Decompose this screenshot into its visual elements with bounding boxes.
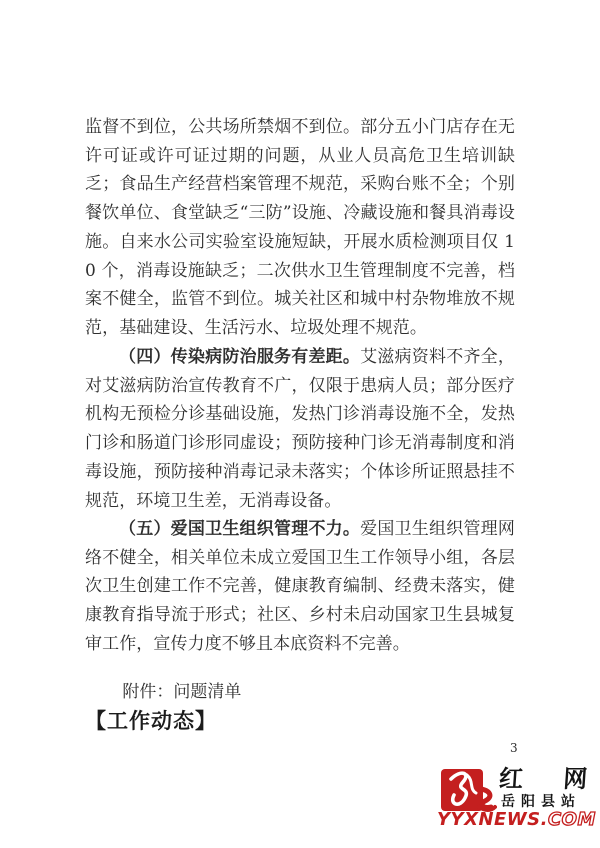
- site-logo: 红 网 岳阳县站 YYXNEWS.COM: [437, 763, 593, 835]
- logo-branch-name: 岳阳县站: [501, 794, 581, 810]
- paragraph-text: 监督不到位，公共场所禁烟不到位。部分五小门店存在无许可证或许可证过期的问题，从业…: [85, 117, 515, 338]
- paragraph-bold-lead: （五）爱国卫生组织管理不力。: [119, 519, 360, 539]
- document-page: 监督不到位，公共场所禁烟不到位。部分五小门店存在无许可证或许可证过期的问题，从业…: [0, 0, 600, 848]
- paragraph-bold-lead: （四）传染病防治服务有差距。: [119, 347, 360, 367]
- paragraph-text: 爱国卫生组织管理网络不健全，相关单位未成立爱国卫生工作领导小组，各层次卫生创建工…: [85, 519, 515, 654]
- paragraph: （五）爱国卫生组织管理不力。爱国卫生组织管理网络不健全，相关单位未成立爱国卫生工…: [85, 515, 515, 659]
- paragraph: 监督不到位，公共场所禁烟不到位。部分五小门店存在无许可证或许可证过期的问题，从业…: [85, 113, 515, 343]
- paragraph-text: 艾滋病资料不齐全，对艾滋病防治宣传教育不广，仅限于患病人员；部分医疗机构无预检分…: [85, 347, 515, 511]
- page-number: 3: [510, 741, 518, 755]
- logo-site-name: 红 网: [498, 766, 592, 792]
- logo-site-url: YYXNEWS.COM: [437, 810, 596, 830]
- paragraph: （四）传染病防治服务有差距。艾滋病资料不齐全，对艾滋病防治宣传教育不广，仅限于患…: [85, 343, 515, 515]
- logo-url-tld: COM: [548, 809, 596, 830]
- logo-url-main: YYXNEWS.: [437, 809, 548, 830]
- attachment-line: 附件：问题清单: [85, 678, 515, 707]
- section-heading-work-dynamics: 【工作动态】: [85, 706, 515, 736]
